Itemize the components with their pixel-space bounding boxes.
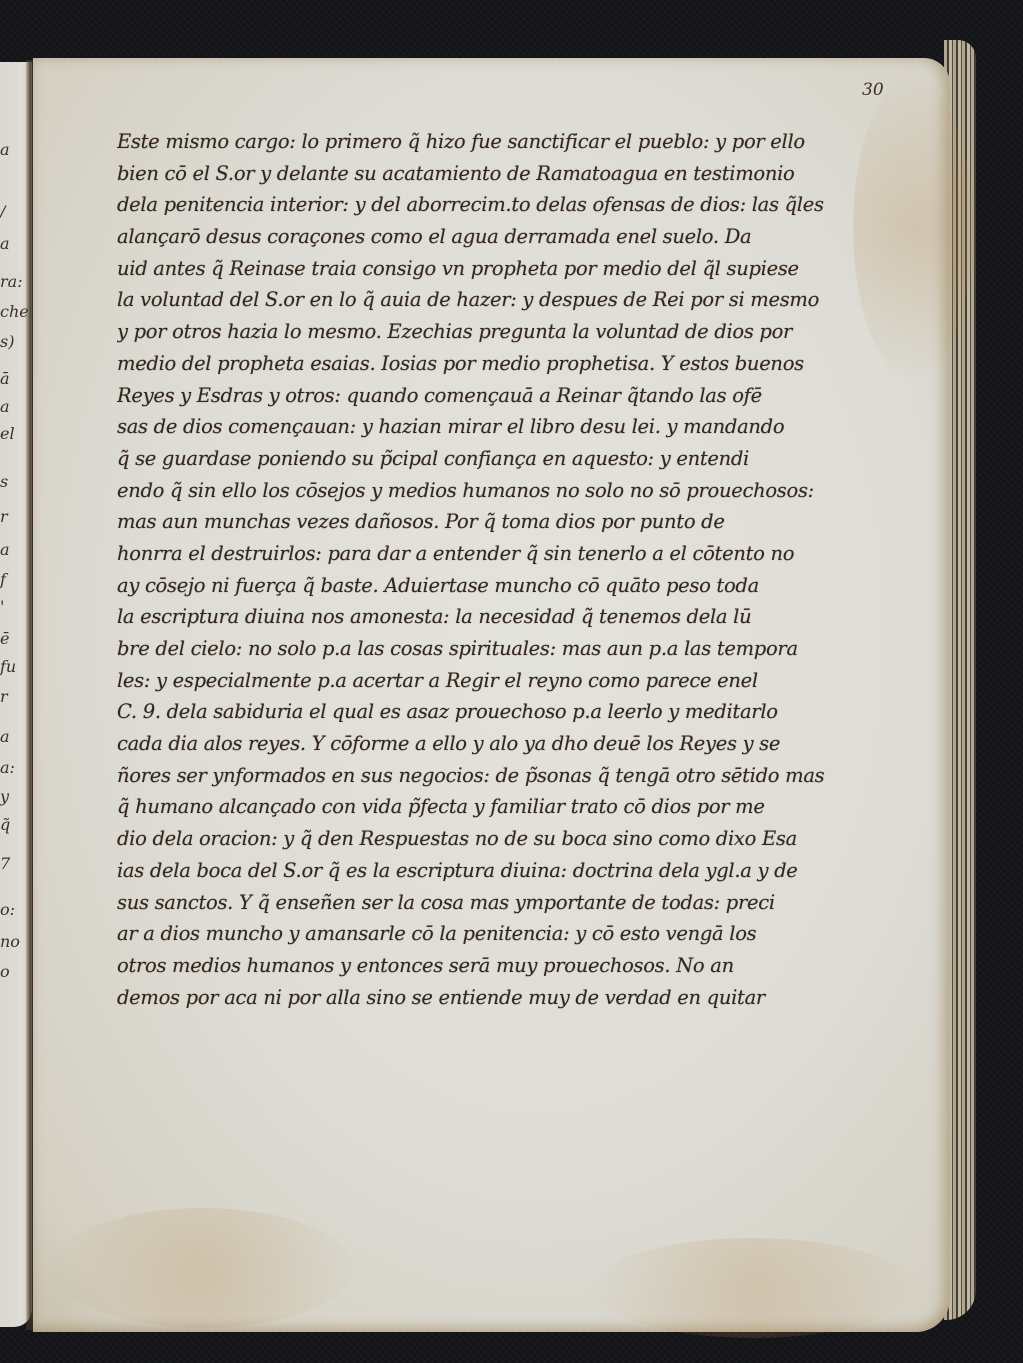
text-line: demos por aca ni por alla sino se entien… xyxy=(117,982,932,1014)
text-line: alançarō desus coraçones como el agua de… xyxy=(117,221,932,253)
text-line: ay cōsejo ni fuerça q̃ baste. Aduiertase… xyxy=(117,570,932,602)
margin-fragment: no xyxy=(0,932,20,951)
margin-fragment: o: xyxy=(0,900,15,919)
text-line: les: y especialmente p.a acertar a Regir… xyxy=(117,665,932,697)
text-line: honrra el destruirlos: para dar a entend… xyxy=(117,538,932,570)
margin-fragment: 7 xyxy=(0,854,10,873)
margin-fragment: a: xyxy=(0,758,15,777)
margin-fragment: / xyxy=(0,202,5,221)
folio-number: 30 xyxy=(862,80,884,100)
margin-fragment: s) xyxy=(0,332,14,351)
text-line: endo q̃ sin ello los cōsejos y medios hu… xyxy=(117,475,932,507)
text-line: bien cō el S.or y delante su acatamiento… xyxy=(117,158,932,190)
margin-fragment: o xyxy=(0,962,10,981)
text-line: q̃ humano alcançado con vida p̃fecta y f… xyxy=(117,791,932,823)
text-line: sus sanctos. Y q̃ enseñen ser la cosa ma… xyxy=(117,887,932,919)
margin-fragment: f xyxy=(0,570,6,589)
text-line: otros medios humanos y entonces serā muy… xyxy=(117,950,932,982)
text-line: C. 9. dela sabiduria el qual es asaz pro… xyxy=(117,696,932,728)
margin-fragment: s xyxy=(0,472,8,491)
margin-fragment: a xyxy=(0,540,10,559)
text-line: uid antes q̃ Reinase traia consigo vn pr… xyxy=(117,253,932,285)
manuscript-scan: a/ara:ches)āaelsraf'ēfuraa:yq̃7o:noo 30 … xyxy=(0,0,1023,1363)
margin-fragment: ē xyxy=(0,629,9,648)
text-line: dela penitencia interior: y del aborreci… xyxy=(117,189,932,221)
text-line: ias dela boca del S.or q̃ es la escriptu… xyxy=(117,855,932,887)
margin-fragment: ' xyxy=(0,597,4,616)
margin-fragment: el xyxy=(0,424,15,443)
margin-fragment: a xyxy=(0,727,10,746)
text-line: bre del cielo: no solo p.a las cosas spi… xyxy=(117,633,932,665)
margin-fragment: ā xyxy=(0,369,10,388)
text-line: y por otros hazia lo mesmo. Ezechias pre… xyxy=(117,316,932,348)
margin-fragment: y xyxy=(0,787,9,806)
margin-fragment: r xyxy=(0,687,8,706)
text-line: la voluntad del S.or en lo q̃ auia de ha… xyxy=(117,284,932,316)
margin-fragment: fu xyxy=(0,657,16,676)
margin-fragment: a xyxy=(0,397,10,416)
text-line: ar a dios muncho y amansarle cō la penit… xyxy=(117,918,932,950)
text-line: Reyes y Esdras y otros: quando començauā… xyxy=(117,380,932,412)
margin-fragment: a xyxy=(0,140,10,159)
margin-fragment: ra: xyxy=(0,272,23,291)
text-line: medio del propheta esaias. Iosias por me… xyxy=(117,348,932,380)
text-line: mas aun munchas vezes dañosos. Por q̃ to… xyxy=(117,506,932,538)
margin-fragment: r xyxy=(0,507,8,526)
stain xyxy=(53,1208,353,1328)
margin-fragment: q̃ xyxy=(0,815,10,834)
main-text: Este mismo cargo: lo primero q̃ hizo fue… xyxy=(117,126,932,1013)
text-line: dio dela oracion: y q̃ den Respuestas no… xyxy=(117,823,932,855)
text-line: q̃ se guardase poniendo su p̃cipal confi… xyxy=(117,443,932,475)
text-line: la escriptura diuina nos amonesta: la ne… xyxy=(117,601,932,633)
stain xyxy=(593,1238,913,1338)
text-line: Este mismo cargo: lo primero q̃ hizo fue… xyxy=(117,126,932,158)
text-line: cada dia alos reyes. Y cōforme a ello y … xyxy=(117,728,932,760)
margin-fragment: a xyxy=(0,234,10,253)
margin-fragment: che xyxy=(0,302,29,321)
text-line: sas de dios començauan: y hazian mirar e… xyxy=(117,411,932,443)
text-line: ñores ser ynformados en sus negocios: de… xyxy=(117,760,932,792)
